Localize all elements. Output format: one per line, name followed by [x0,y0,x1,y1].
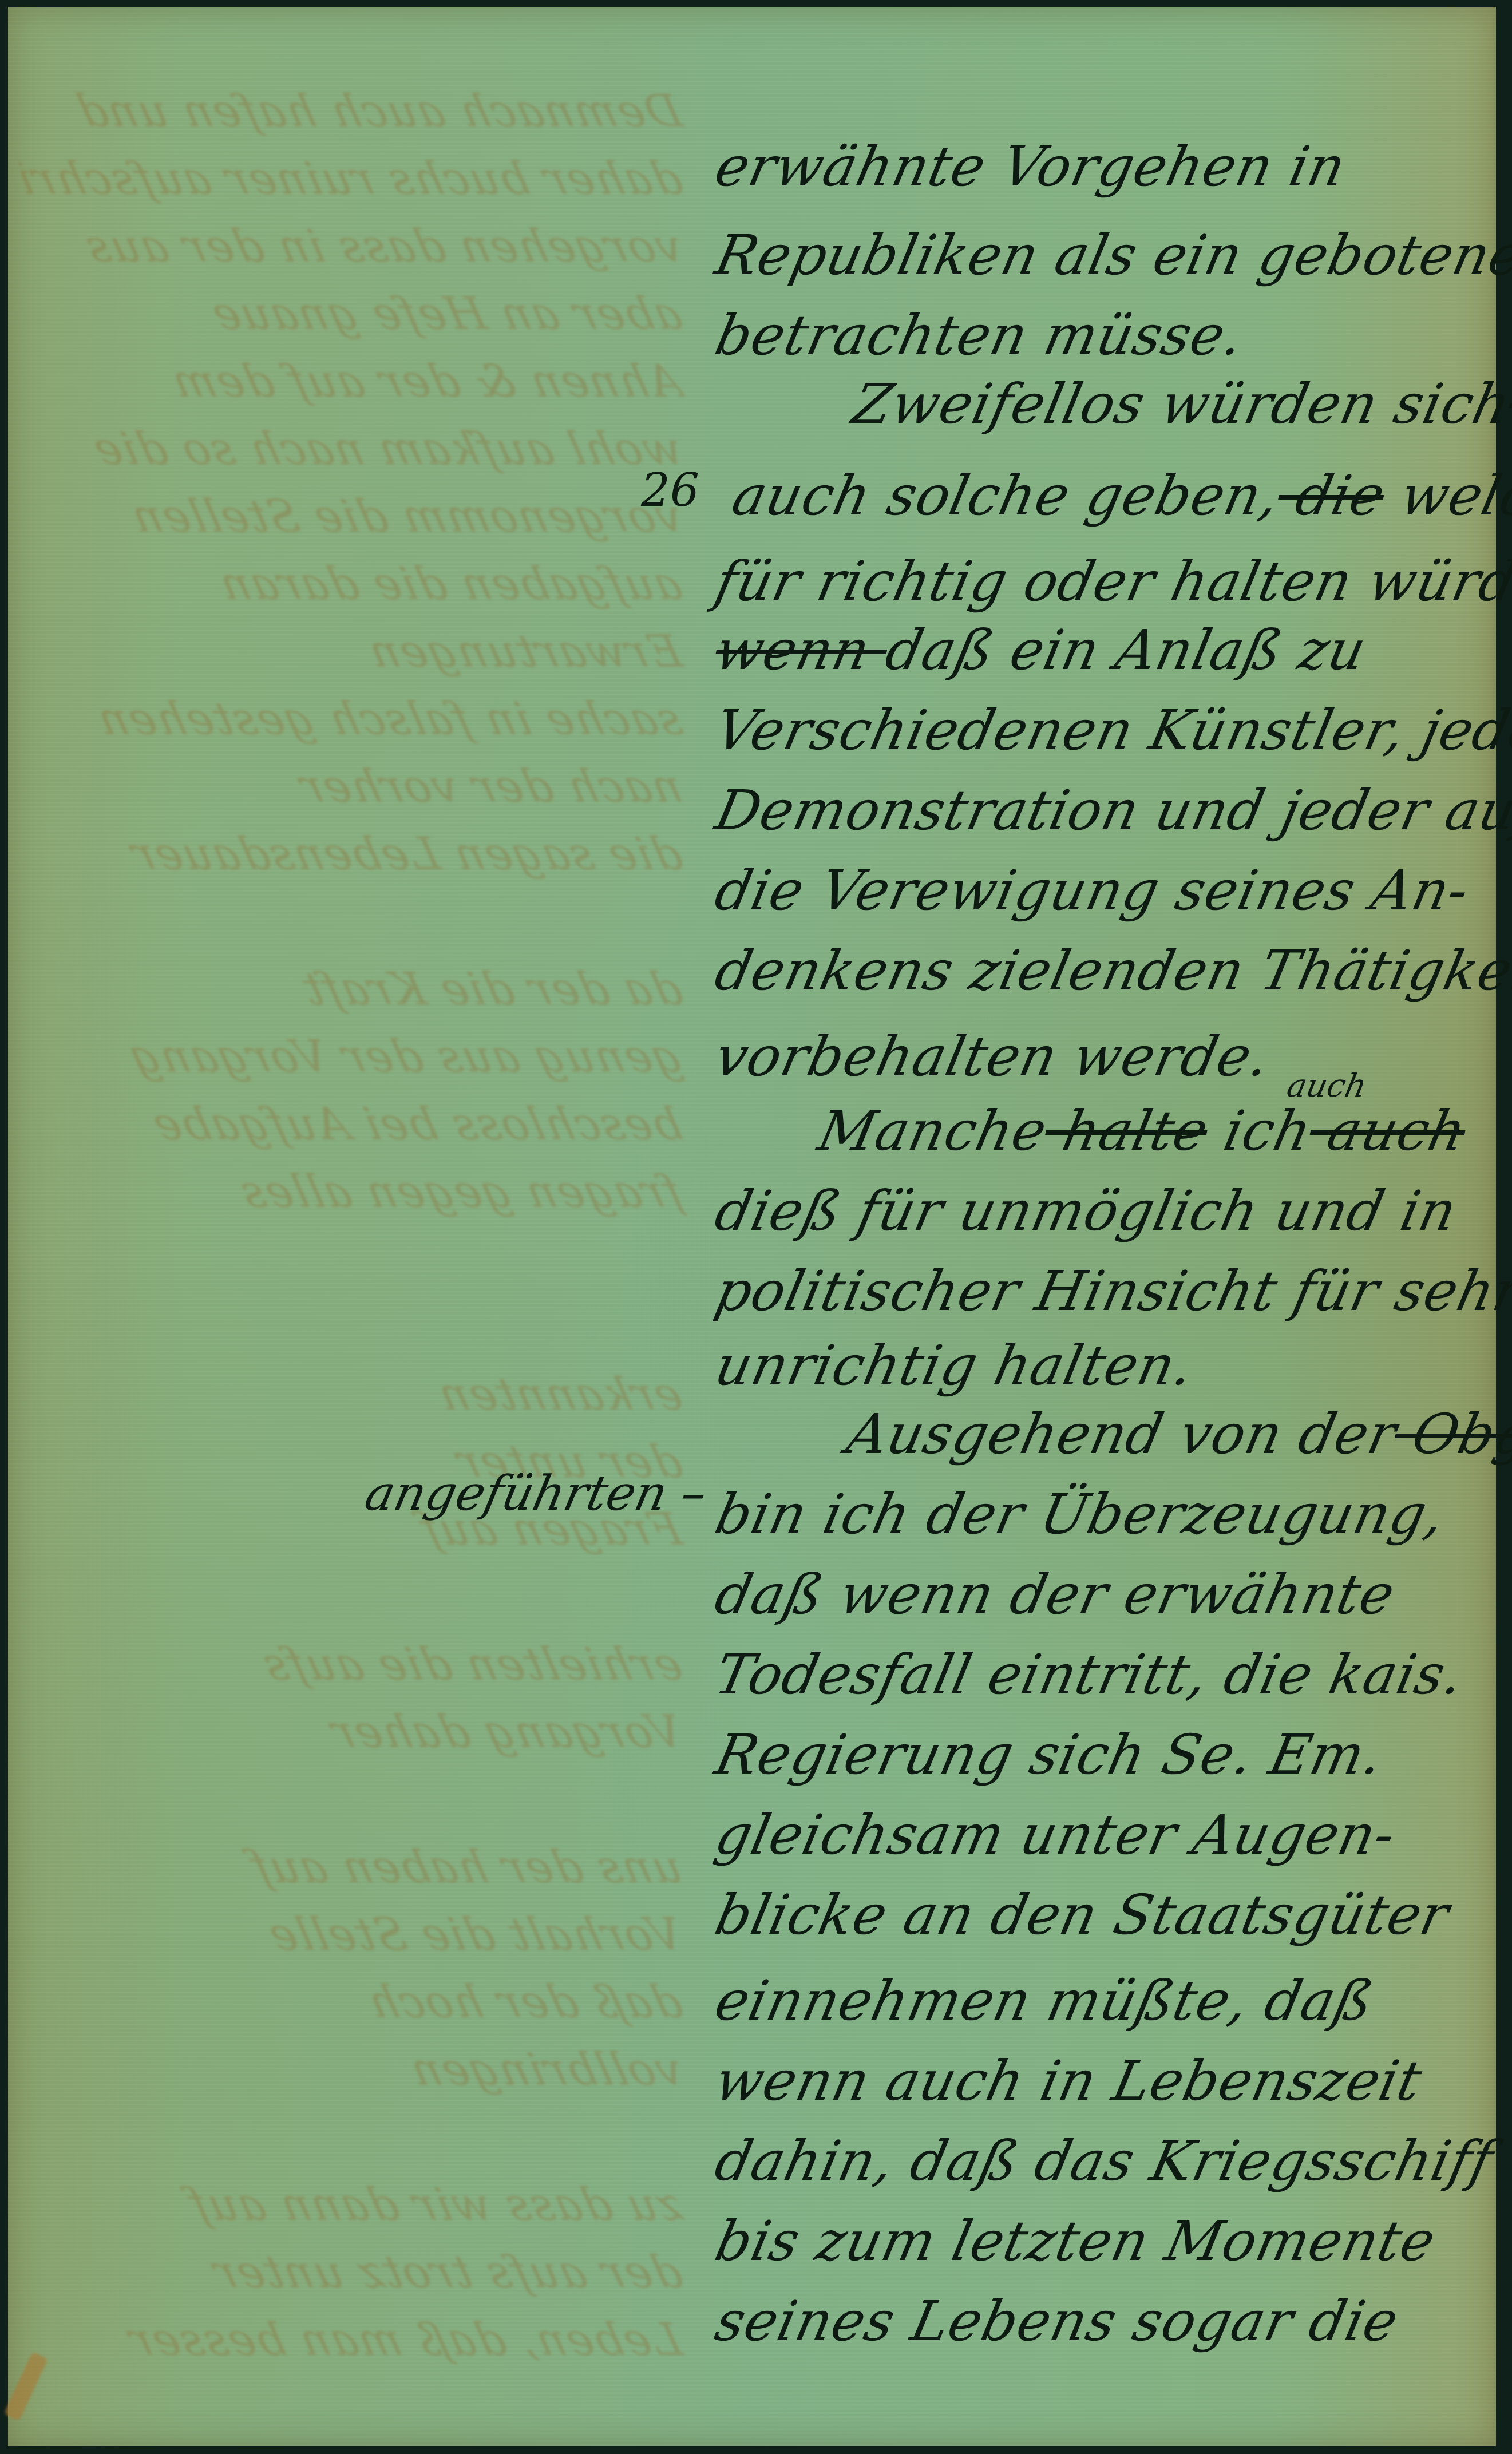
line-text-continued: ich [1200,1099,1317,1163]
bleed-through-line: Vorgang daher [17,1707,687,1758]
line-text: dieß für unmöglich und in [710,1179,1463,1243]
manuscript-line: Zweifellos würden sich auf [847,372,1512,436]
manuscript-line: seines Lebens sogar die [710,2289,1404,2353]
bleed-through-line: Erwartungen [17,626,687,678]
manuscript-line: dieß für unmöglich und in [710,1179,1463,1243]
line-text: bin ich der Überzeugung, [710,1482,1451,1546]
bleed-through-line: da der die Kraft [17,964,687,1015]
bleed-through-line: Ahnen & der auf dem [17,356,687,407]
line-text: daß ein Anlaß zu [880,618,1372,682]
line-text: blicke an den Staatsgüter [710,1883,1455,1947]
line-text: Republiken als ein gebotenes [710,223,1512,287]
bleed-through-line: daher buchs ruiner aufschrieben [17,153,687,205]
line-text: denkens zielenden Thätigkeit [710,939,1512,1003]
line-text: Verschiedenen Künstler, jeder [710,698,1512,762]
bleed-through-line: wohl aufkam nach so die [17,423,687,475]
bleed-through-line: vorgehen dass in der aus [17,221,687,272]
line-text: die Verewigung seines An- [710,858,1475,923]
bleed-through-line: Demnach auch hafen und [17,86,687,137]
manuscript-line: wenn auch in Lebenszeit [710,2049,1428,2113]
bleed-through-line: vollbringen [17,2044,687,2096]
bleed-through-line: fragen gegen alles [17,1166,687,1218]
manuscript-line: daß wenn der erwähnte [710,1562,1400,1626]
page-number-marginal: 26 [641,464,699,517]
line-text: daß wenn der erwähnte [710,1562,1400,1626]
struck-word: wenn [710,618,894,682]
struck-word: auch [1304,1099,1472,1163]
bleed-through-line: Leben, daß man besser [17,2314,687,2366]
manuscript-line: Todesfall eintritt, die kais. [710,1642,1469,1707]
line-text: einnehmen müßte, daß [710,1969,1379,2033]
line-text: gleichsam unter Augen- [710,1803,1401,1867]
bleed-through-line: Vorhalt die Stelle [17,1909,687,1961]
manuscript-line: Manche halte ich auch [813,1099,1472,1163]
manuscript-line: dahin, daß das Kriegsschiff um [710,2129,1512,2193]
line-text: erwähnte Vorgehen in [710,134,1351,199]
line-text: betrachten müsse. [710,303,1249,367]
manuscript-line: Regierung sich Se. Em. [710,1723,1389,1787]
manuscript-line: die Verewigung seines An- [710,858,1475,923]
line-text: unrichtig halten. [710,1333,1199,1398]
line-text: dahin, daß das Kriegsschiff um [710,2129,1512,2193]
line-text: auch solche geben, [727,464,1286,528]
line-text: für richtig oder halten würden, [710,549,1512,613]
line-text: politischer Hinsicht für sehr [710,1259,1512,1323]
line-text: Regierung sich Se. Em. [710,1723,1389,1787]
bleed-through-line: der aufs trotz unter [17,2247,687,2298]
manuscript-line: Verschiedenen Künstler, jeder [710,698,1512,762]
manuscript-line: einnehmen müßte, daß [710,1969,1379,2033]
line-text-continued: welche [1377,464,1512,528]
manuscript-line: für richtig oder halten würden, [710,549,1512,613]
bleed-through-line: zu dass wir dann auf [17,2179,687,2231]
line-text: seines Lebens sogar die [710,2289,1404,2353]
manuscript-line: erwähnte Vorgehen in [710,134,1351,199]
bleed-through-line: nach der vorher [17,761,687,813]
manuscript-line: vorbehalten werde. [710,1024,1276,1089]
bleed-through-line: aufgaben die daran [17,559,687,610]
bleed-through-line: sache in falsch gestehen [17,694,687,745]
line-text: Demonstration und jeder auf [710,778,1512,842]
manuscript-line: Republiken als ein gebotenes [710,223,1512,287]
marginal-insertion-note: angeführten – [361,1465,712,1521]
line-text: wenn auch in Lebenszeit [710,2049,1428,2113]
bleed-through-line: die sagen Lebensdauer [17,829,687,880]
bleed-through-line: aber an Hefe gnaue [17,288,687,340]
bleed-through-line: beschloss bei Aufgabe [17,1099,687,1150]
line-text: Ausgehend von der [841,1402,1402,1466]
manuscript-line: unrichtig halten. [710,1333,1199,1398]
manuscript-line: bis zum letzten Momente [710,2209,1441,2273]
struck-word: Obgesagten [1389,1402,1512,1466]
manuscript-line: politischer Hinsicht für sehr [710,1259,1512,1323]
manuscript-line: Demonstration und jeder auf [710,778,1512,842]
manuscript-line: blicke an den Staatsgüter [710,1883,1455,1947]
manuscript-line: betrachten müsse. [710,303,1249,367]
manuscript-line: Ausgehend von der Obgesagten [841,1402,1512,1466]
manuscript-line: denkens zielenden Thätigkeit [710,939,1512,1003]
bleed-through-line: genug aus der Vorgang [17,1031,687,1083]
manuscript-line: bin ich der Überzeugung, [710,1482,1451,1546]
bleed-through-line: erkannten [17,1369,687,1420]
struck-word: halte [1039,1099,1214,1163]
manuscript-line: auch solche geben, die welche [727,464,1512,528]
manuscript-line: wenn daß ein Anlaß zu [710,618,1372,682]
line-text: Manche [813,1099,1053,1163]
line-text: vorbehalten werde. [710,1024,1276,1089]
interlinear-insertion: auch [1284,1067,1370,1105]
bleed-through-line: uns der haben auf [17,1842,687,1893]
bleed-through-line: daß der hoch [17,1977,687,2028]
struck-word: die [1272,464,1391,528]
line-text: bis zum letzten Momente [710,2209,1441,2273]
bleed-through-line: vorgenomm die Stellen [17,491,687,543]
bleed-through-line: erhielten die aufs [17,1639,687,1691]
manuscript-line: gleichsam unter Augen- [710,1803,1401,1867]
line-text: Todesfall eintritt, die kais. [710,1642,1469,1707]
line-text: Zweifellos würden sich [847,372,1512,436]
